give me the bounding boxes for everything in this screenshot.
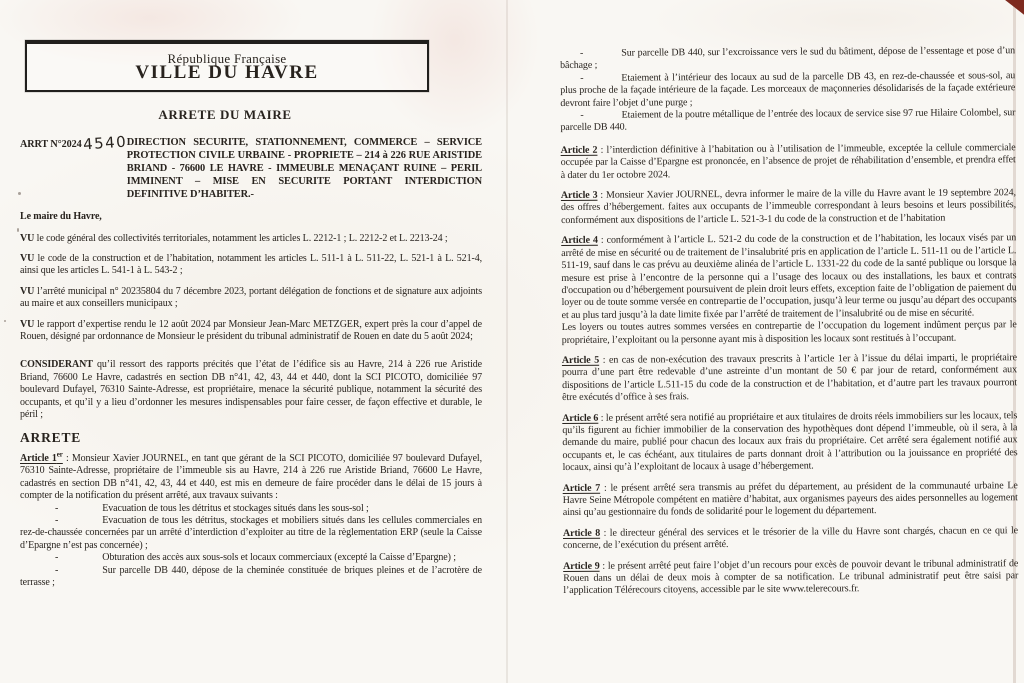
vu-paragraph: VU l’arrêté municipal n° 20235804 du 7 d… <box>20 286 482 311</box>
article-paragraph: Article 9 : le présent arrêté peut faire… <box>563 558 1018 598</box>
article-1-label: Article 1er <box>20 453 63 464</box>
page-left: République Française VILLE DU HAVRE ARRE… <box>20 40 482 589</box>
list-item: -Obturation des accès aux sous-sols et l… <box>20 552 482 564</box>
dash-glyph: - <box>55 552 58 564</box>
arrete-heading: ARRETE <box>20 432 482 444</box>
list-item: -Etaiement à l’intérieur des locaux au s… <box>560 70 1015 110</box>
scan-speck <box>4 320 6 322</box>
vu-paragraph: VU le code de la construction et de l’ha… <box>20 253 482 278</box>
list-item: -Sur parcelle DB 440, sur l’excroissance… <box>560 45 1015 73</box>
dash-glyph: - <box>580 48 583 60</box>
article-paragraph: Article 6 : le présent arrêté sera notif… <box>562 410 1017 475</box>
list-item: -Evacuation de tous les détritus, stocka… <box>20 515 482 552</box>
header-box: République Française VILLE DU HAVRE <box>25 40 429 92</box>
list-item: -Etaiement de la poutre métallique de l’… <box>560 107 1015 135</box>
handwritten-number: 4540 <box>82 136 127 151</box>
arrt-number-label: ARRT N°20244540 <box>20 136 127 201</box>
salutation: Le maire du Havre, <box>20 211 482 223</box>
list-item: -Sur parcelle DB 440, dépose de la chemi… <box>20 565 482 590</box>
dash-glyph: - <box>580 110 583 122</box>
dash-glyph: - <box>55 565 58 577</box>
dash-glyph: - <box>55 515 58 527</box>
arrt-row: ARRT N°20244540 DIRECTION SECURITE, STAT… <box>20 136 482 201</box>
arrt-prefix: ARRT N°2024 <box>20 139 82 150</box>
page-seam <box>506 0 508 683</box>
list-item: -Evacuation de tous les détritus et stoc… <box>20 503 482 515</box>
dash-glyph: - <box>55 503 58 515</box>
page-right: -Sur parcelle DB 440, sur l’excroissance… <box>560 45 1018 606</box>
vu-paragraph: VU le code général des collectivités ter… <box>20 233 482 245</box>
considerant-paragraph: CONSIDERANT qu’il ressort des rapports p… <box>20 359 482 421</box>
article-paragraph: Article 8 : le directeur général des ser… <box>563 525 1018 553</box>
scan-speck <box>17 228 19 232</box>
article-paragraph: Article 3 : Monsieur Xavier JOURNEL, dev… <box>561 187 1016 227</box>
article-paragraph: Article 2 : l’interdiction définitive à … <box>561 142 1016 182</box>
document-scan: République Française VILLE DU HAVRE ARRE… <box>0 0 1024 683</box>
vu-paragraph: VU le rapport d’expertise rendu le 12 ao… <box>20 319 482 344</box>
article-paragraph: Article 7 : le présent arrêté sera trans… <box>563 480 1018 520</box>
article-paragraph: Article 5 : en cas de non-exécution des … <box>562 352 1017 404</box>
document-title: ARRETE DU MAIRE <box>20 109 430 121</box>
article-1-paragraph: Article 1er : Monsieur Xavier JOURNEL, e… <box>20 453 482 503</box>
dash-glyph: - <box>580 73 583 85</box>
subject-block: DIRECTION SECURITE, STATIONNEMENT, COMME… <box>127 136 482 201</box>
city-title: VILLE DU HAVRE <box>31 67 423 79</box>
article-paragraph: Article 4 : conformément à l’article L. … <box>561 232 1017 346</box>
